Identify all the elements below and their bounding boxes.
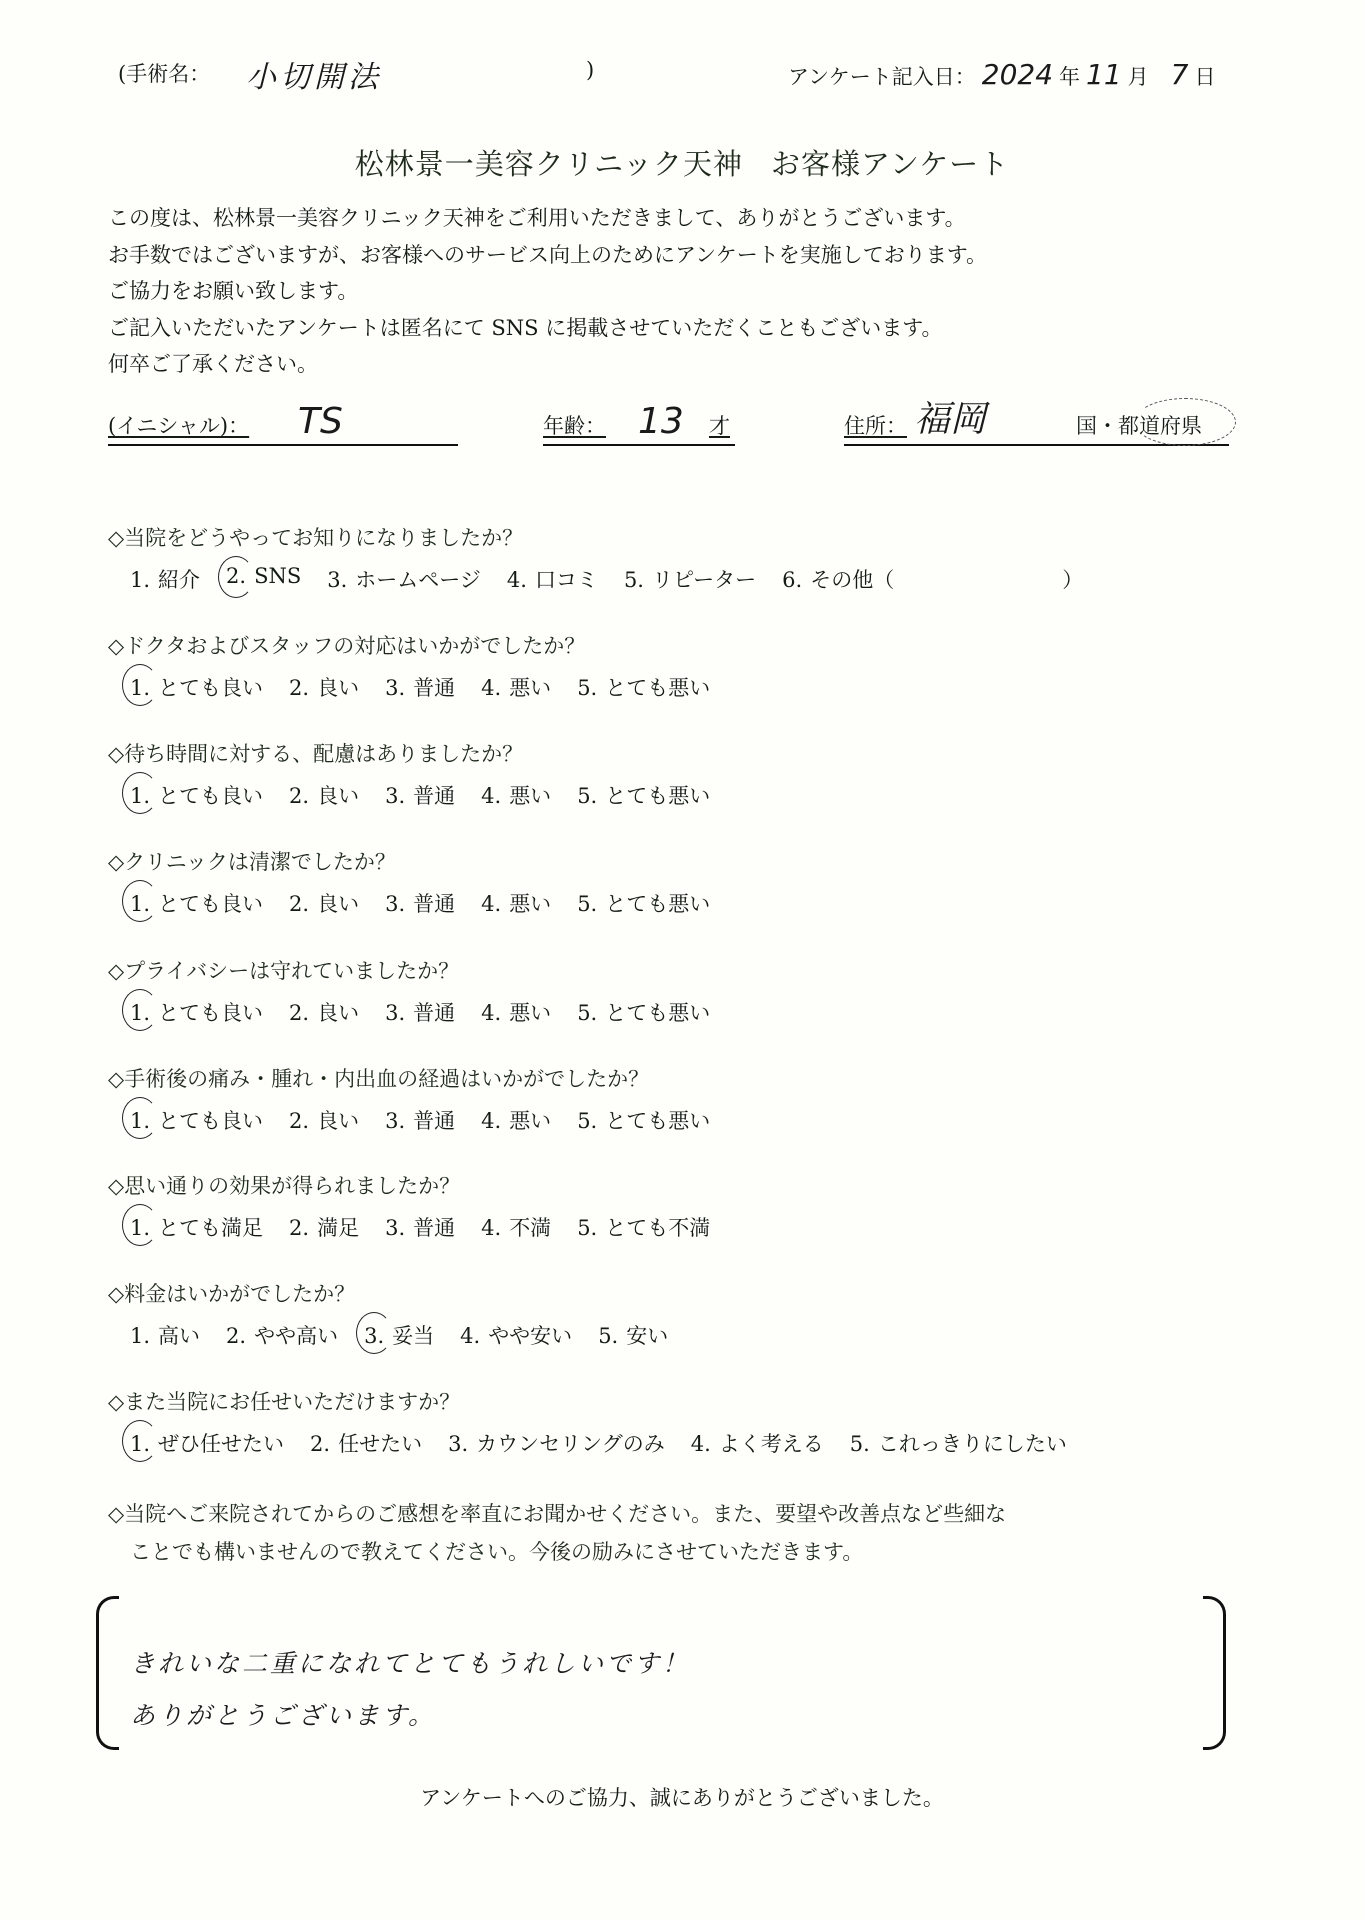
- option-label: やや高い: [254, 1324, 338, 1348]
- option-label: 紹介: [158, 568, 200, 592]
- option-number: 2.: [289, 784, 309, 808]
- answer-option[interactable]: 3.普通: [385, 780, 455, 810]
- option-number: 4.: [691, 1432, 711, 1456]
- age-suffix: 才: [709, 410, 730, 440]
- answer-option[interactable]: 4.悪い: [481, 672, 551, 702]
- option-label: 悪い: [509, 784, 551, 808]
- intro-line: この度は、松林景一美容クリニック天神をご利用いただきまして、ありがとうございます…: [108, 200, 987, 237]
- year-suffix: 年: [1059, 65, 1080, 89]
- answer-option[interactable]: 3.ホームページ: [327, 564, 481, 594]
- option-label: とても悪い: [605, 676, 710, 700]
- option-number: 3.: [385, 784, 405, 808]
- option-number: 5.: [577, 676, 597, 700]
- answer-option[interactable]: 2.良い: [289, 888, 359, 918]
- option-number: 2.: [289, 1216, 309, 1240]
- option-label: 任せたい: [338, 1432, 422, 1456]
- answer-options: 1.とても良い2.良い3.普通4.悪い5.とても悪い: [130, 1105, 736, 1135]
- option-number: 3.: [385, 1001, 405, 1025]
- option-number: 3.: [327, 568, 347, 592]
- option-label: 悪い: [509, 1109, 551, 1133]
- comment-line: きれいな二重になれてとてもうれしいです！: [130, 1638, 690, 1690]
- question-text: ◇手術後の痛み・腫れ・内出血の経過はいかがでしたか？: [108, 1063, 649, 1093]
- answer-option[interactable]: 2.良い: [289, 780, 359, 810]
- question-text: ◇思い通りの効果が得られましたか？: [108, 1170, 460, 1200]
- answer-option[interactable]: 4.不満: [481, 1212, 551, 1242]
- intro-line: ご記入いただいたアンケートは匿名にて SNS に掲載させていただくこともございま…: [108, 310, 987, 347]
- answer-option[interactable]: 5.とても悪い: [577, 997, 710, 1027]
- prefecture-circle: [1134, 398, 1236, 446]
- age-value[interactable]: 13: [638, 401, 684, 442]
- answer-option[interactable]: 1.とても良い: [130, 997, 263, 1027]
- answer-option[interactable]: 3.普通: [385, 1105, 455, 1135]
- option-label: リピーター: [652, 568, 756, 592]
- option-label: 良い: [317, 676, 359, 700]
- answer-option[interactable]: 4.悪い: [481, 997, 551, 1027]
- option-label: とても悪い: [605, 892, 710, 916]
- age-label: 年齢：: [543, 410, 606, 440]
- date-label: アンケート記入日：: [788, 65, 976, 89]
- answer-option[interactable]: 3.普通: [385, 672, 455, 702]
- question-text: ◇クリニックは清潔でしたか？: [108, 846, 396, 876]
- answer-option[interactable]: 1.とても良い: [130, 1105, 263, 1135]
- footer-thanks: アンケートへのご協力、誠にありがとうございました。: [0, 1782, 1364, 1812]
- question-text: ◇また当院にお任せいただけますか？: [108, 1386, 460, 1416]
- option-label: 口コミ: [535, 568, 598, 592]
- page-title: 松林景一美容クリニック天神お客様アンケート: [0, 142, 1364, 183]
- option-number: 2.: [289, 1109, 309, 1133]
- question-text: ◇当院をどうやってお知りになりましたか？: [108, 522, 523, 552]
- option-number: 2.: [310, 1432, 330, 1456]
- option-label: 普通: [413, 1001, 455, 1025]
- survey-title: お客様アンケート: [771, 147, 1009, 181]
- option-label: 普通: [413, 784, 455, 808]
- surgery-name-label: (手術名：: [118, 62, 210, 86]
- answer-option[interactable]: 1.とても良い: [130, 780, 263, 810]
- answer-option[interactable]: 4.悪い: [481, 888, 551, 918]
- option-label: ホームページ: [355, 568, 481, 592]
- option-label: やや安い: [488, 1324, 572, 1348]
- address-label: 住所：: [844, 410, 907, 440]
- option-label: 良い: [317, 1001, 359, 1025]
- option-label: ぜひ任せたい: [158, 1432, 284, 1456]
- intro-line: 何卒ご了承ください。: [108, 346, 987, 383]
- answer-options: 1.とても良い2.良い3.普通4.悪い5.とても悪い: [130, 888, 736, 918]
- month-suffix: 月: [1128, 65, 1149, 89]
- answer-option[interactable]: 5.安い: [598, 1320, 668, 1350]
- question-text: ◇待ち時間に対する、配慮はありましたか？: [108, 738, 523, 768]
- answer-option[interactable]: 1.紹介: [130, 564, 200, 594]
- answer-option[interactable]: 2.やや高い: [226, 1320, 338, 1350]
- option-label: とても悪い: [605, 784, 710, 808]
- option-number: 5.: [577, 1001, 597, 1025]
- comment-box[interactable]: きれいな二重になれてとてもうれしいです！ ありがとうございます。: [96, 1596, 1226, 1746]
- answer-option[interactable]: 2.良い: [289, 1105, 359, 1135]
- answer-options: 1.高い2.やや高い3.妥当4.やや安い5.安い: [130, 1320, 694, 1350]
- option-label: 普通: [413, 1109, 455, 1133]
- intro-line: お手数ではございますが、お客様へのサービス向上のためにアンケートを実施しておりま…: [108, 237, 987, 274]
- option-number: 2.: [226, 564, 246, 588]
- option-label: とても良い: [158, 892, 263, 916]
- answer-option[interactable]: 3.普通: [385, 997, 455, 1027]
- answer-option[interactable]: 4.悪い: [481, 1105, 551, 1135]
- option-number: 1.: [130, 676, 150, 700]
- answer-option[interactable]: 3.カウンセリングのみ: [448, 1428, 665, 1458]
- question-text: ◇プライバシーは守れていましたか？: [108, 955, 459, 985]
- answer-option[interactable]: 4.よく考える: [691, 1428, 824, 1458]
- option-number: 1.: [130, 568, 150, 592]
- option-label: 安い: [626, 1324, 668, 1348]
- answer-options: 1.紹介2.SNS3.ホームページ4.口コミ5.リピーター6.その他（ ）: [130, 564, 1109, 594]
- answer-options: 1.とても満足2.満足3.普通4.不満5.とても不満: [130, 1212, 736, 1242]
- survey-date-field: アンケート記入日：2024年11月7日: [788, 58, 1215, 91]
- option-label: 普通: [413, 676, 455, 700]
- answer-option[interactable]: 4.悪い: [481, 780, 551, 810]
- option-label: とても良い: [158, 676, 263, 700]
- answer-options: 1.とても良い2.良い3.普通4.悪い5.とても悪い: [130, 672, 736, 702]
- option-label: これっきりにしたい: [878, 1432, 1067, 1456]
- answer-options: 1.とても良い2.良い3.普通4.悪い5.とても悪い: [130, 997, 736, 1027]
- intro-line: ご協力をお願い致します。: [108, 273, 987, 310]
- intro-text: この度は、松林景一美容クリニック天神をご利用いただきまして、ありがとうございます…: [108, 200, 987, 383]
- option-number: 1.: [130, 784, 150, 808]
- answer-option[interactable]: 2.満足: [289, 1212, 359, 1242]
- answer-options: 1.とても良い2.良い3.普通4.悪い5.とても悪い: [130, 780, 736, 810]
- answer-options: 1.ぜひ任せたい2.任せたい3.カウンセリングのみ4.よく考える5.これっきりに…: [130, 1428, 1093, 1458]
- answer-option[interactable]: 5.とても悪い: [577, 672, 710, 702]
- answer-option[interactable]: 1.高い: [130, 1320, 200, 1350]
- option-number: 3.: [385, 1216, 405, 1240]
- option-number: 4.: [460, 1324, 480, 1348]
- option-number: 1.: [130, 1432, 150, 1456]
- answer-option[interactable]: 3.普通: [385, 888, 455, 918]
- answer-option[interactable]: 6.その他（ ）: [782, 564, 1083, 594]
- answer-option[interactable]: 1.とても良い: [130, 672, 263, 702]
- answer-option[interactable]: 2.任せたい: [310, 1428, 422, 1458]
- answer-option[interactable]: 5.リピーター: [624, 564, 756, 594]
- surgery-name-field: (手術名： 小切開法 ): [118, 58, 210, 88]
- option-label: とても悪い: [605, 1001, 710, 1025]
- date-month[interactable]: 11: [1086, 58, 1122, 91]
- option-number: 1.: [130, 1109, 150, 1133]
- answer-option[interactable]: 2.良い: [289, 672, 359, 702]
- option-number: 2.: [289, 892, 309, 916]
- option-number: 4.: [481, 1216, 501, 1240]
- option-number: 3.: [385, 676, 405, 700]
- initial-label: (イニシャル)：: [108, 410, 249, 440]
- option-number: 4.: [481, 1001, 501, 1025]
- option-label: 不満: [509, 1216, 551, 1240]
- option-label: とても悪い: [605, 1109, 710, 1133]
- clinic-name: 松林景一美容クリニック天神: [355, 147, 743, 181]
- initial-value[interactable]: TS: [298, 401, 343, 442]
- answer-option[interactable]: 5.とても悪い: [577, 780, 710, 810]
- option-number: 1.: [130, 1324, 150, 1348]
- date-year[interactable]: 2024: [982, 58, 1053, 91]
- option-label: 悪い: [509, 892, 551, 916]
- answer-option[interactable]: 5.とても悪い: [577, 888, 710, 918]
- option-label: 満足: [317, 1216, 359, 1240]
- option-number: 3.: [448, 1432, 468, 1456]
- option-label: よく考える: [719, 1432, 824, 1456]
- option-number: 3.: [385, 1109, 405, 1133]
- answer-option[interactable]: 5.これっきりにしたい: [850, 1428, 1067, 1458]
- question-text: ◇料金はいかがでしたか？: [108, 1278, 355, 1308]
- option-label: 普通: [413, 1216, 455, 1240]
- option-label: 悪い: [509, 1001, 551, 1025]
- option-number: 5.: [577, 1109, 597, 1133]
- surgery-name-value[interactable]: 小切開法: [246, 52, 382, 96]
- option-number: 5.: [598, 1324, 618, 1348]
- answer-option[interactable]: 1.とても良い: [130, 888, 263, 918]
- address-field[interactable]: 住所： 福岡 国・都道府県: [844, 404, 1229, 446]
- option-number: 4.: [481, 1109, 501, 1133]
- answer-option[interactable]: 2.SNS: [226, 564, 301, 594]
- option-number: 1.: [130, 1001, 150, 1025]
- option-label: とても満足: [158, 1216, 263, 1240]
- option-number: 2.: [289, 676, 309, 700]
- comment-text[interactable]: きれいな二重になれてとてもうれしいです！ ありがとうございます。: [130, 1638, 690, 1742]
- option-number: 1.: [130, 892, 150, 916]
- option-label: 良い: [317, 892, 359, 916]
- option-label: 普通: [413, 892, 455, 916]
- feedback-prompt: ◇当院へご来院されてからのご感想を率直にお聞かせください。また、要望や改善点など…: [108, 1495, 1006, 1571]
- answer-option[interactable]: 1.ぜひ任せたい: [130, 1428, 284, 1458]
- option-number: 5.: [850, 1432, 870, 1456]
- initial-field[interactable]: (イニシャル)： TS: [108, 404, 458, 446]
- option-number: 5.: [577, 892, 597, 916]
- option-number: 4.: [481, 676, 501, 700]
- answer-option[interactable]: 1.とても満足: [130, 1212, 263, 1242]
- option-label: 妥当: [392, 1324, 434, 1348]
- answer-option[interactable]: 3.妥当: [364, 1320, 434, 1350]
- left-bracket: [96, 1596, 119, 1750]
- answer-option[interactable]: 5.とても悪い: [577, 1105, 710, 1135]
- answer-option[interactable]: 4.口コミ: [507, 564, 598, 594]
- option-label: とても良い: [158, 1109, 263, 1133]
- right-bracket: [1203, 1596, 1226, 1750]
- option-number: 5.: [577, 1216, 597, 1240]
- option-number: 5.: [624, 568, 644, 592]
- question-text: ◇ドクタおよびスタッフの対応はいかがでしたか？: [108, 630, 585, 660]
- option-label: 良い: [317, 1109, 359, 1133]
- surgery-name-close: ): [586, 58, 594, 82]
- option-label: とても不満: [605, 1216, 710, 1240]
- option-label: 良い: [317, 784, 359, 808]
- answer-option[interactable]: 2.良い: [289, 997, 359, 1027]
- option-label: カウンセリングのみ: [476, 1432, 665, 1456]
- option-number: 4.: [481, 892, 501, 916]
- option-number: 2.: [289, 1001, 309, 1025]
- option-number: 4.: [481, 784, 501, 808]
- option-label: SNS: [254, 564, 301, 588]
- option-label: 悪い: [509, 676, 551, 700]
- option-label: 高い: [158, 1324, 200, 1348]
- option-label: とても良い: [158, 1001, 263, 1025]
- age-field[interactable]: 年齢： 13 才: [543, 404, 735, 446]
- comment-line: ありがとうございます。: [130, 1690, 690, 1742]
- feedback-prompt-line: ◇当院へご来院されてからのご感想を率直にお聞かせください。また、要望や改善点など…: [108, 1495, 1006, 1533]
- answer-option[interactable]: 4.やや安い: [460, 1320, 572, 1350]
- option-number: 3.: [385, 892, 405, 916]
- option-number: 6.: [782, 568, 802, 592]
- option-number: 4.: [507, 568, 527, 592]
- option-label: とても良い: [158, 784, 263, 808]
- address-value[interactable]: 福岡: [914, 391, 986, 442]
- option-number: 1.: [130, 1216, 150, 1240]
- answer-option[interactable]: 3.普通: [385, 1212, 455, 1242]
- option-number: 3.: [364, 1324, 384, 1348]
- day-suffix: 日: [1194, 65, 1215, 89]
- option-number: 2.: [226, 1324, 246, 1348]
- feedback-prompt-line: ことでも構いませんので教えてください。今後の励みにさせていただきます。: [108, 1533, 1006, 1571]
- option-label: その他（ ）: [810, 568, 1083, 592]
- date-day[interactable]: 7: [1171, 58, 1189, 91]
- answer-option[interactable]: 5.とても不満: [577, 1212, 710, 1242]
- option-number: 5.: [577, 784, 597, 808]
